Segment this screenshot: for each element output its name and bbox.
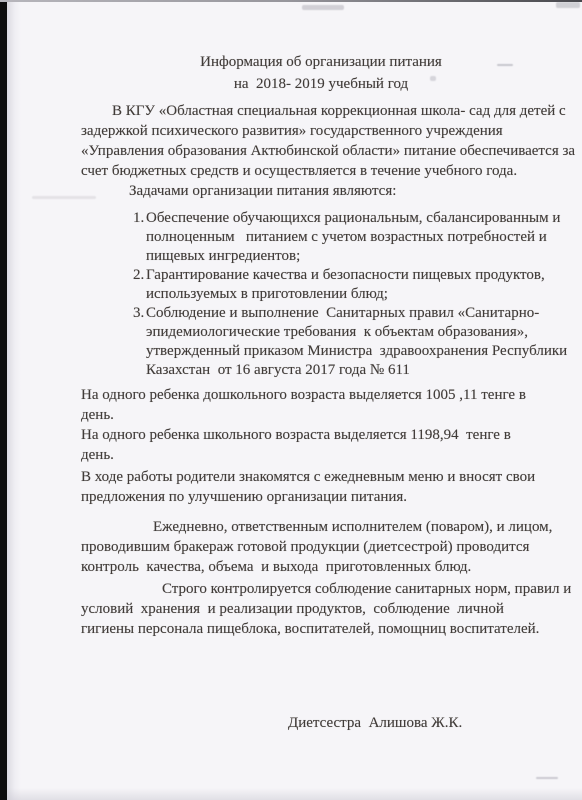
text-line: Ежедневно, ответственным исполнителем (п… [81,517,561,537]
school-allowance-paragraph: На одного ребенка школьного возраста выд… [81,425,561,465]
document-content: Информация об организации питания на 201… [81,51,561,733]
text-line: Гарантирование качества и безопасности п… [146,266,545,285]
title-line-1: Информация об организации питания [81,51,561,73]
text-line: Казахстан от 16 августа 2017 года № 611 [146,361,567,380]
document-title: Информация об организации питания на 201… [81,51,561,95]
text-line: контроль качества, объема и выхода приго… [81,557,561,577]
text-line: утвержденный приказом Министра здравоохр… [146,342,567,361]
scan-bottom-shade [7,788,582,800]
intro-paragraph: В КГУ «Областная специальная коррекционн… [81,101,561,181]
scanned-document: { "document": { "title": { "line1": "Инф… [0,0,582,800]
tasks-list: 1. Обеспечение обучающихся рациональным,… [81,209,561,380]
task-number: 2. [133,266,146,304]
task-item: 1. Обеспечение обучающихся рациональным,… [133,209,561,266]
text-line: день. [81,405,561,425]
scan-artifact [302,5,344,10]
paper-edge-shadow [7,0,21,800]
task-text: Обеспечение обучающихся рациональным, сб… [146,209,560,266]
text-line: используемых в приготовлении блюд; [146,285,545,304]
task-text: Гарантирование качества и безопасности п… [146,266,545,304]
scan-top-edge [0,0,582,2]
sanitary-control-paragraph: Строго контролируется соблюдение санитар… [81,579,561,639]
text-line: эпидемиологические требования к объектам… [146,323,567,342]
task-number: 1. [133,209,146,266]
text-line: полноценным питанием с учетом возрастных… [146,228,560,247]
text-line: На одного ребенка школьного возраста выд… [81,425,561,445]
task-item: 3. Соблюдение и выполнение Санитарных пр… [133,304,561,380]
scan-artifact [536,777,558,779]
signature-line: Диетсестра Алишова Ж.К. [288,713,561,733]
daily-control-paragraph: Ежедневно, ответственным исполнителем (п… [81,517,561,577]
scan-artifact [556,2,580,8]
text-line: В ходе работы родители знакомятся с ежед… [81,467,561,487]
text-line: гигиены персонала пищеблока, воспитателе… [81,619,561,639]
text-line: счет бюджетных средств и осуществляется … [81,161,561,181]
scan-left-edge [0,0,7,800]
text-line: день. [81,445,561,465]
text-line: «Управления образования Актюбинской обла… [81,141,561,161]
title-line-2: на 2018- 2019 учебный год [81,73,561,95]
task-item: 2. Гарантирование качества и безопасност… [133,266,561,304]
text-line: Обеспечение обучающихся рациональным, сб… [146,209,560,228]
parents-paragraph: В ходе работы родители знакомятся с ежед… [81,467,561,507]
text-line: пищевых ингредиентов; [146,247,560,266]
text-line: проводившим бракераж готовой продукции (… [81,537,561,557]
text-line: В КГУ «Областная специальная коррекционн… [81,101,561,121]
task-text: Соблюдение и выполнение Санитарных прави… [146,304,567,380]
preschool-allowance-paragraph: На одного ребенка дошкольного возраста в… [81,385,561,425]
text-line: задержкой психического развития» государ… [81,121,561,141]
text-line: предложения по улучшению организации пит… [81,487,561,507]
text-line: Строго контролируется соблюдение санитар… [81,579,561,599]
task-number: 3. [133,304,146,380]
tasks-heading: Задачами организации питания являются: [81,181,561,201]
text-line: Соблюдение и выполнение Санитарных прави… [146,304,567,323]
text-line: условий хранения и реализации продуктов,… [81,599,561,619]
text-line: На одного ребенка дошкольного возраста в… [81,385,561,405]
